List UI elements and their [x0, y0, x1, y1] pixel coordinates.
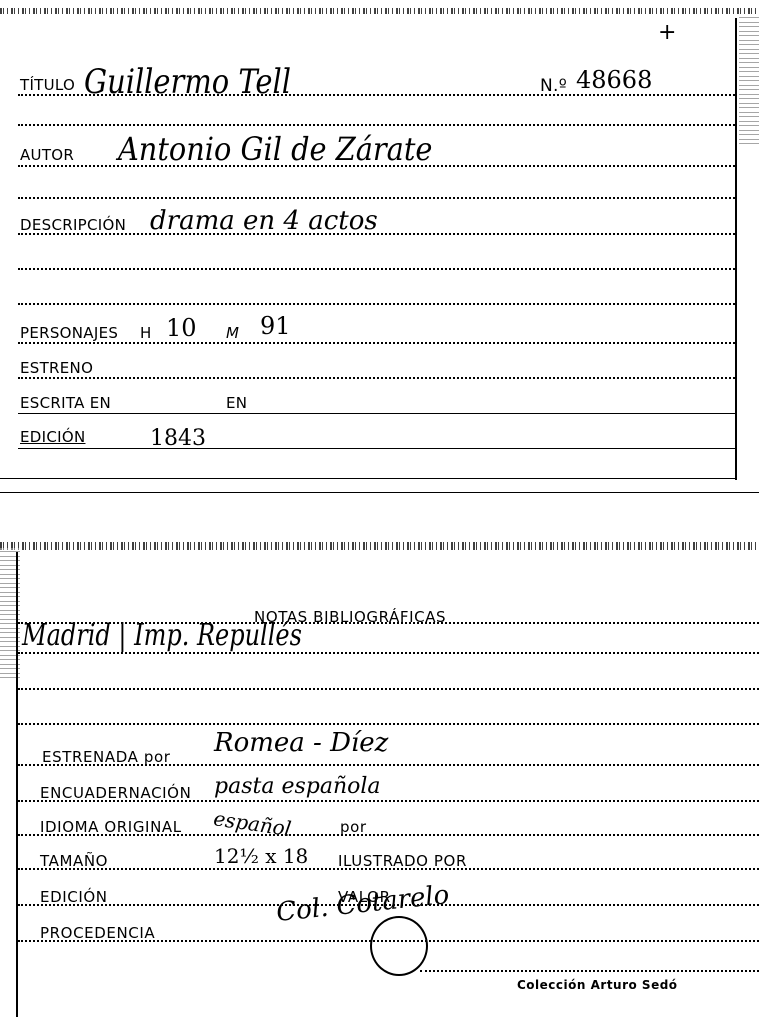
estrenada-value: Romea - Díez	[214, 728, 388, 758]
catalog-card-back: NOTAS BIBLIOGRÁFICAS Madrid | Imp. Repul…	[0, 0, 759, 1028]
encuadernacion-value: pasta española	[214, 774, 381, 799]
rule-line	[420, 970, 759, 972]
rule-line	[18, 723, 759, 725]
tamano-line	[18, 868, 759, 870]
rule-line	[18, 688, 759, 690]
idioma-line	[18, 834, 759, 836]
notas-value: Madrid | Imp. Repullés	[22, 618, 302, 653]
library-stamp	[370, 916, 428, 976]
rule-line	[18, 652, 759, 654]
scan-edge-noise	[0, 542, 759, 550]
estrenada-line	[18, 764, 759, 766]
encuadernacion-line	[18, 800, 759, 802]
tamano-value: 12½ x 18	[214, 844, 308, 868]
collection-footer: Colección Arturo Sedó	[517, 978, 678, 992]
